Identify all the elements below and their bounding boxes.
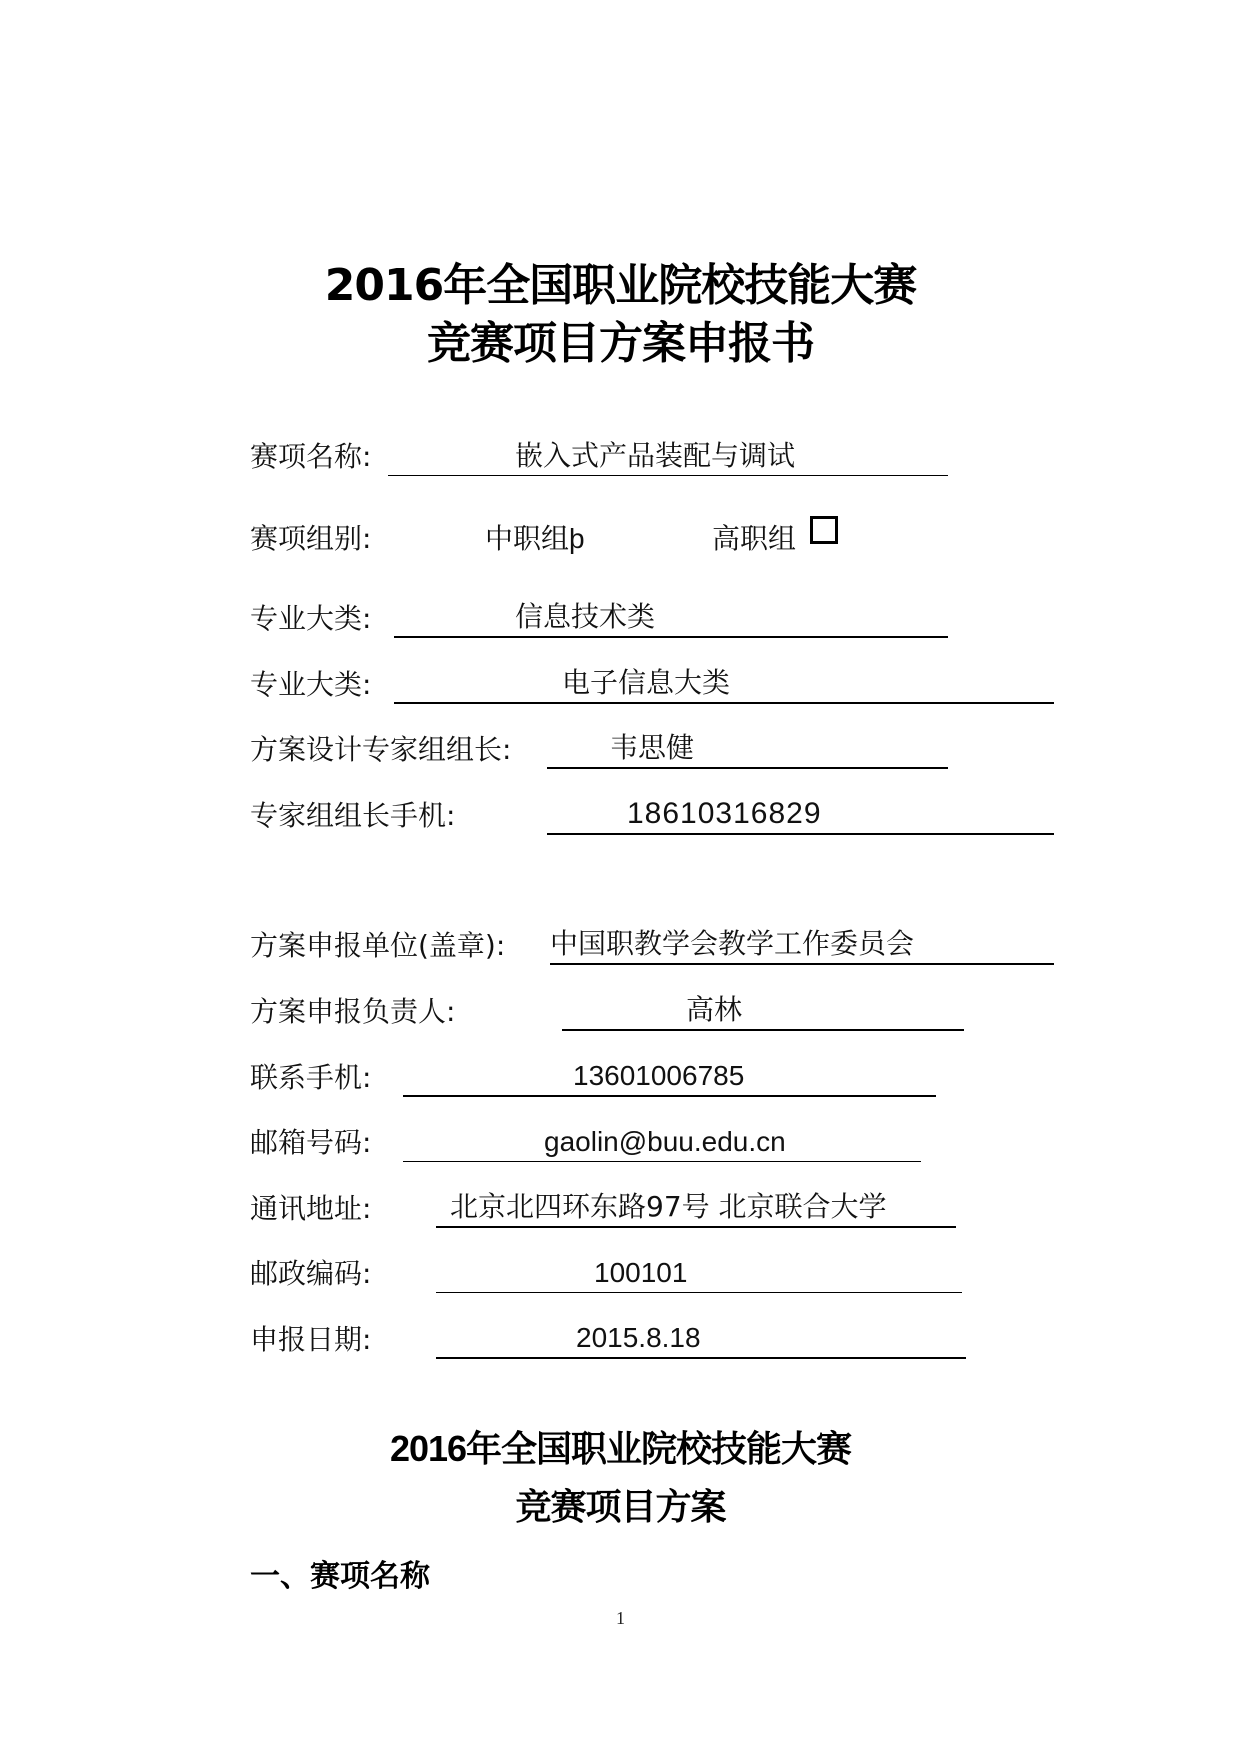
- form-row-apply-date: 申报日期: 2015.8.18: [250, 1319, 970, 1359]
- group-option-higher[interactable]: 高职组: [712, 522, 796, 556]
- group-option-secondary-label: 中职组: [485, 522, 569, 555]
- form-row-expert-leader-phone: 专家组组长手机: 18610316829: [250, 795, 1050, 835]
- group-option-secondary[interactable]: 中职组þ: [485, 522, 585, 556]
- form-row-applicant-person: 方案申报负责人: 高林: [250, 991, 970, 1031]
- event-name-field[interactable]: 嵌入式产品装配与调试: [388, 435, 948, 476]
- postal-code-field[interactable]: 100101: [436, 1252, 962, 1293]
- form-row-event-group: 赛项组别: 中职组þ 高职组: [250, 518, 970, 558]
- form-row-major-category-2: 专业大类: 电子信息大类: [250, 664, 1050, 704]
- contact-phone-value: 13601006785: [573, 1059, 744, 1093]
- contact-phone-field[interactable]: 13601006785: [403, 1055, 936, 1097]
- email-label: 邮箱号码:: [250, 1126, 371, 1160]
- page-number: 1: [0, 1608, 1241, 1629]
- email-value: gaolin@buu.edu.cn: [544, 1125, 786, 1159]
- form-row-address: 通讯地址: 北京北四环东路97号 北京联合大学: [250, 1188, 970, 1228]
- address-value: 北京北四环东路97号 北京联合大学: [450, 1190, 887, 1224]
- event-group-label: 赛项组别:: [250, 522, 371, 556]
- group-option-higher-label: 高职组: [712, 522, 796, 555]
- major-category-1-label: 专业大类:: [250, 602, 371, 636]
- applicant-unit-label: 方案申报单位(盖章):: [250, 929, 505, 963]
- postal-code-label: 邮政编码:: [250, 1257, 371, 1291]
- section-heading-event-name: 一、赛项名称: [250, 1557, 430, 1597]
- expert-leader-phone-value: 18610316829: [627, 797, 822, 831]
- document-title-line2: 竞赛项目方案申报书: [0, 316, 1241, 372]
- event-name-label: 赛项名称:: [250, 440, 371, 474]
- major-category-2-label: 专业大类:: [250, 668, 371, 702]
- applicant-person-field[interactable]: 高林: [562, 989, 964, 1031]
- major-category-2-field[interactable]: 电子信息大类: [394, 662, 1054, 704]
- form-row-event-name: 赛项名称: 嵌入式产品装配与调试: [250, 436, 970, 476]
- applicant-unit-value: 中国职教学会教学工作委员会: [550, 927, 914, 961]
- unchecked-box-icon[interactable]: [810, 516, 838, 544]
- expert-leader-phone-label: 专家组组长手机:: [250, 799, 455, 833]
- postal-code-value: 100101: [594, 1256, 687, 1290]
- apply-date-label: 申报日期:: [250, 1323, 371, 1357]
- major-category-2-value: 电子信息大类: [562, 666, 730, 700]
- document-page: 2016年全国职业院校技能大赛 竞赛项目方案申报书 赛项名称: 嵌入式产品装配与…: [0, 0, 1241, 1754]
- checked-mark-icon[interactable]: þ: [569, 523, 585, 554]
- form-row-applicant-unit: 方案申报单位(盖章): 中国职教学会教学工作委员会: [250, 925, 1050, 965]
- form-row-expert-leader: 方案设计专家组组长: 韦思健: [250, 729, 970, 769]
- applicant-person-value: 高林: [686, 993, 742, 1027]
- form-row-postal-code: 邮政编码: 100101: [250, 1253, 970, 1293]
- form-row-major-category-1: 专业大类: 信息技术类: [250, 598, 970, 638]
- plan-title-line1: 2016年全国职业院校技能大赛: [0, 1425, 1241, 1473]
- expert-leader-value: 韦思健: [610, 731, 694, 765]
- plan-title-line2: 竞赛项目方案: [0, 1483, 1241, 1531]
- contact-phone-label: 联系手机:: [250, 1061, 371, 1095]
- email-field[interactable]: gaolin@buu.edu.cn: [403, 1121, 921, 1162]
- applicant-person-label: 方案申报负责人:: [250, 995, 455, 1029]
- apply-date-value: 2015.8.18: [576, 1321, 701, 1355]
- form-row-email: 邮箱号码: gaolin@buu.edu.cn: [250, 1122, 970, 1162]
- expert-leader-label: 方案设计专家组组长:: [250, 733, 511, 767]
- address-field[interactable]: 北京北四环东路97号 北京联合大学: [436, 1186, 956, 1228]
- document-title-line1: 2016年全国职业院校技能大赛: [0, 258, 1241, 314]
- expert-leader-phone-field[interactable]: 18610316829: [547, 793, 1054, 835]
- major-category-1-field[interactable]: 信息技术类: [394, 596, 948, 638]
- applicant-unit-field[interactable]: 中国职教学会教学工作委员会: [550, 923, 1054, 965]
- expert-leader-field[interactable]: 韦思健: [547, 727, 948, 769]
- major-category-1-value: 信息技术类: [515, 600, 655, 634]
- event-name-value: 嵌入式产品装配与调试: [515, 439, 795, 473]
- form-row-contact-phone: 联系手机: 13601006785: [250, 1057, 970, 1097]
- apply-date-field[interactable]: 2015.8.18: [436, 1317, 966, 1359]
- address-label: 通讯地址:: [250, 1192, 371, 1226]
